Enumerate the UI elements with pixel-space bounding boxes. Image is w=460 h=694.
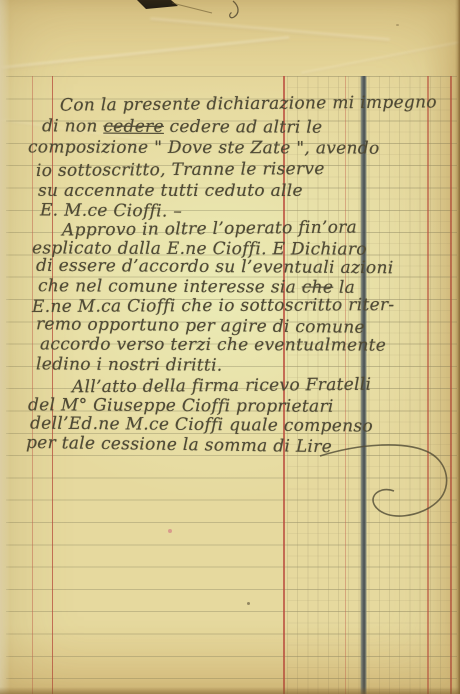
manuscript-text: Con la presente dichiarazione mi impegno bbox=[60, 92, 437, 115]
manuscript-line: ledino i nostri diritti. bbox=[36, 356, 223, 374]
manuscript-text: di essere d’accordo su l’eventuali azion… bbox=[36, 256, 394, 278]
handwritten-letter-page: Con la presente dichiarazione mi impegno… bbox=[0, 0, 460, 694]
manuscript-line: All’atto della firma ricevo Fratelli bbox=[72, 377, 371, 397]
manuscript-line: su accennate tutti ceduto alle bbox=[38, 183, 303, 200]
manuscript-text: ledino i nostri diritti. bbox=[36, 354, 223, 375]
manuscript-text: che nel comune interesse sia bbox=[38, 276, 302, 297]
manuscript-line: E.ne M.ca Cioffi che io sottoscritto rit… bbox=[32, 297, 394, 316]
manuscript-text: per tale cessione la somma di Lire bbox=[26, 433, 332, 457]
binder-clip-mark bbox=[0, 0, 260, 30]
paper-edge-right bbox=[455, 0, 460, 694]
column-line-red bbox=[450, 76, 452, 694]
manuscript-line: io sottoscritto, Tranne le riserve bbox=[36, 161, 325, 180]
ink-speck bbox=[396, 24, 399, 26]
margin-line-red bbox=[32, 76, 33, 694]
ink-speck bbox=[168, 529, 172, 533]
manuscript-text: io sottoscritto, Tranne le riserve bbox=[36, 159, 325, 181]
manuscript-line: che nel comune interesse sia che la bbox=[38, 278, 355, 297]
manuscript-text: composizione " Dove ste Zate ", avendo bbox=[28, 137, 380, 158]
ink-speck bbox=[247, 602, 250, 605]
column-line-red bbox=[427, 76, 429, 694]
manuscript-text: cedere ad altri le bbox=[164, 117, 323, 138]
manuscript-text: E. M.ce Cioffi. – bbox=[40, 200, 182, 221]
paper-edge-left bbox=[0, 0, 10, 694]
manuscript-line: Con la presente dichiarazione mi impegno bbox=[60, 94, 437, 114]
manuscript-line: di non cedere cedere ad altri le bbox=[42, 118, 322, 136]
paper-crease bbox=[301, 38, 460, 75]
paper-edge-bottom bbox=[0, 687, 460, 694]
paper-crease bbox=[150, 18, 389, 43]
manuscript-text: All’atto della firma ricevo Fratelli bbox=[72, 375, 371, 398]
manuscript-text: E.ne M.ca Cioffi che io sottoscritto rit… bbox=[32, 295, 395, 317]
manuscript-line: Approvo in oltre l’operato fin’ora bbox=[62, 219, 357, 239]
manuscript-text: accordo verso terzi che eventualmente bbox=[40, 334, 386, 355]
manuscript-text: su accennate tutti ceduto alle bbox=[38, 181, 303, 201]
pen-squiggle bbox=[230, 1, 238, 18]
manuscript-line: composizione " Dove ste Zate ", avendo bbox=[28, 139, 380, 157]
struck-word: cedere bbox=[103, 117, 164, 137]
paper-crease bbox=[0, 36, 289, 71]
manuscript-line: E. M.ce Cioffi. – bbox=[40, 202, 182, 220]
manuscript-line: per tale cessione la somma di Lire bbox=[26, 435, 332, 456]
manuscript-line: accordo verso terzi che eventualmente bbox=[40, 336, 386, 354]
manuscript-line: dell’Ed.ne M.ce Cioffi quale compenso bbox=[30, 416, 373, 436]
manuscript-text: di non bbox=[42, 116, 103, 136]
manuscript-line: di essere d’accordo su l’eventuali azion… bbox=[36, 258, 394, 277]
manuscript-text: Approvo in oltre l’operato fin’ora bbox=[62, 217, 357, 240]
